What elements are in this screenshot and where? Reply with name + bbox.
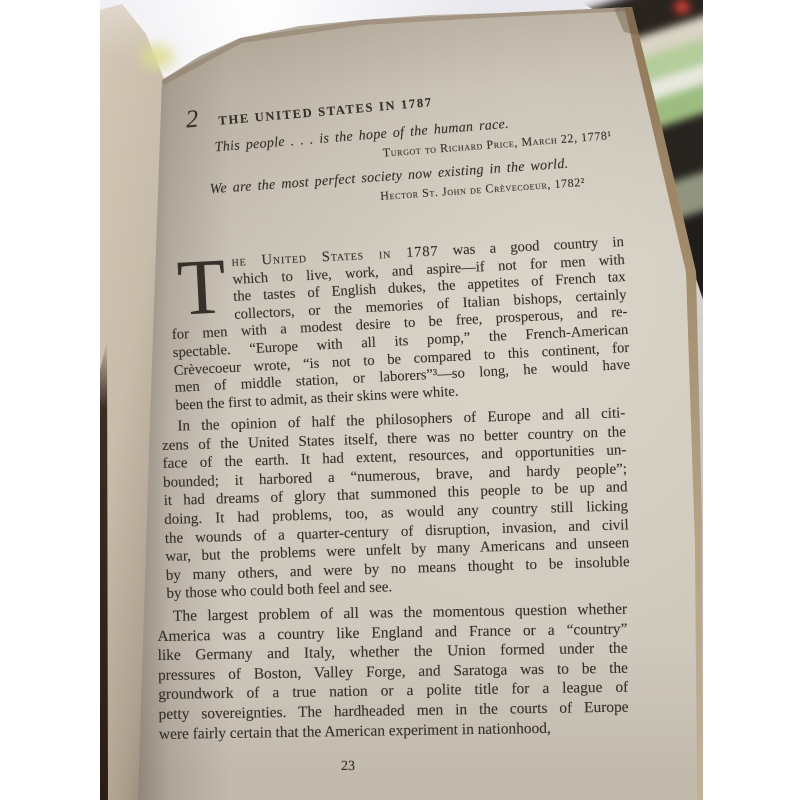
book-page: 2THE UNITED STATES IN 1787 This people .… bbox=[100, 0, 703, 800]
book-spine-edge bbox=[100, 340, 108, 800]
page-text: 2THE UNITED STATES IN 1787 This people .… bbox=[158, 108, 628, 776]
body-paragraph-3: The largest problem of all was the momen… bbox=[157, 600, 629, 745]
body-paragraph-1: T he United States in 1787 was a good co… bbox=[168, 234, 631, 415]
chapter-number: 2 bbox=[185, 106, 200, 134]
book-photo: 2THE UNITED STATES IN 1787 This people .… bbox=[100, 0, 703, 800]
page-number: 23 bbox=[158, 758, 628, 776]
chapter-title: THE UNITED STATES IN 1787 bbox=[218, 95, 433, 128]
gutter-light-leak bbox=[140, 44, 174, 70]
drop-cap: T bbox=[176, 256, 227, 320]
background-book-red-accent bbox=[674, 0, 690, 14]
body-paragraph-2: In the opinion of half the philosophers … bbox=[161, 405, 630, 605]
screenshot-canvas: 2THE UNITED STATES IN 1787 This people .… bbox=[0, 0, 800, 800]
body-lines: which to live, work, and aspire—if not f… bbox=[169, 252, 632, 416]
